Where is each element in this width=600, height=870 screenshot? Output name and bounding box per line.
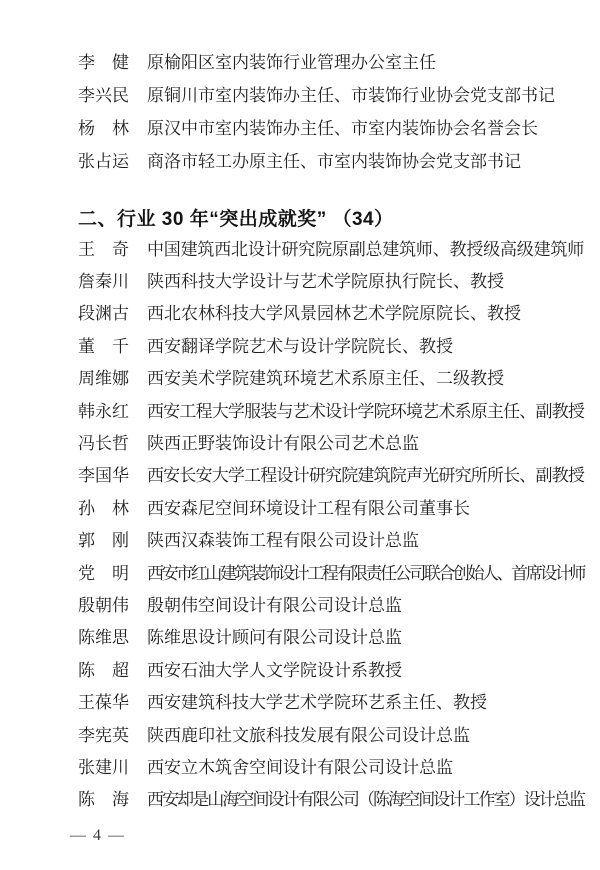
awardee-title: 西安翻译学院艺术与设计学院院长、教授	[147, 332, 453, 357]
awardee-name: 段渊古	[78, 299, 131, 324]
award-entry-row: 李宪英 陕西鹿印社文旅科技发展有限公司设计总监	[78, 717, 590, 749]
award-entry-row: 张建川 西安立木筑舍空间设计有限公司设计总监	[78, 749, 590, 781]
awardee-title: 原铜川市室内装饰办主任、市装饰行业协会党支部书记	[147, 81, 555, 106]
awardee-title: 原汉中市室内装饰办主任、市室内装饰协会名誉会长	[147, 114, 538, 139]
awardee-title: 原榆阳区室内装饰行业管理办公室主任	[147, 48, 436, 73]
award-entry-row: 王 奇 中国建筑西北设计研究院原副总建筑师、教授级高级建筑师	[78, 231, 590, 263]
awardee-name: 李宪英	[78, 721, 131, 746]
awardee-title: 西北农林科技大学风景园林艺术学院原院长、教授	[147, 299, 521, 324]
awardee-title: 商洛市轻工办原主任、市室内装饰协会党支部书记	[147, 147, 521, 172]
awardee-name: 孙 林	[78, 494, 131, 519]
awardee-name: 杨 林	[78, 114, 131, 139]
awardee-title: 中国建筑西北设计研究院原副总建筑师、教授级高级建筑师	[147, 235, 584, 260]
awardee-name: 周维娜	[78, 364, 131, 389]
award-entry-row: 段渊古 西北农林科技大学风景园林艺术学院原院长、教授	[78, 296, 590, 328]
awardee-name: 董 千	[78, 332, 131, 357]
award-entry-row: 詹秦川 陕西科技大学设计与艺术学院原执行院长、教授	[78, 263, 590, 295]
awardee-title: 陕西科技大学设计与艺术学院原执行院长、教授	[147, 267, 504, 292]
awardee-title: 陈维思设计顾问有限公司设计总监	[147, 623, 402, 648]
awardee-title: 西安美术学院建筑环境艺术系原主任、二级教授	[147, 364, 504, 389]
awardee-title: 西安建筑科技大学艺术学院环艺系主任、教授	[147, 688, 487, 713]
awardee-name: 詹秦川	[78, 267, 131, 292]
award-entry-row: 冯长哲 陕西正野装饰设计有限公司艺术总监	[78, 425, 590, 457]
awardee-title: 西安森尼空间环境设计工程有限公司董事长	[147, 494, 470, 519]
document-page: 李 健 原榆阳区室内装饰行业管理办公室主任 李兴民 原铜川市室内装饰办主任、市装…	[0, 0, 600, 870]
award-entry-row: 陈维思 陈维思设计顾问有限公司设计总监	[78, 620, 590, 652]
awardee-name: 王 奇	[78, 235, 131, 260]
awardee-name: 陈 海	[78, 785, 131, 810]
award-entry-row: 殷朝伟 殷朝伟空间设计有限公司设计总监	[78, 587, 590, 619]
awardee-name: 陈维思	[78, 623, 131, 648]
award-entry-row: 孙 林 西安森尼空间环境设计工程有限公司董事长	[78, 490, 590, 522]
award-entry-row: 李兴民 原铜川市室内装饰办主任、市装饰行业协会党支部书记	[78, 77, 590, 110]
awardee-name: 冯长哲	[78, 429, 131, 454]
award-entry-row: 王葆华 西安建筑科技大学艺术学院环艺系主任、教授	[78, 684, 590, 716]
award-entry-row: 董 千 西安翻译学院艺术与设计学院院长、教授	[78, 328, 590, 360]
award-entry-row: 韩永红 西安工程大学服装与艺术设计学院环境艺术系原主任、副教授	[78, 393, 590, 425]
awardee-name: 张占运	[78, 147, 131, 172]
awardee-title: 西安石油大学人文学院设计系教授	[147, 656, 402, 681]
award-entry-row: 杨 林 原汉中市室内装饰办主任、市室内装饰协会名誉会长	[78, 110, 590, 143]
award-entries-list: 王 奇 中国建筑西北设计研究院原副总建筑师、教授级高级建筑师 詹秦川 陕西科技大…	[78, 231, 590, 814]
awardee-title: 西安立木筑舍空间设计有限公司设计总监	[147, 753, 453, 778]
award-entry-row: 郭 刚 陕西汉森装饰工程有限公司设计总监	[78, 523, 590, 555]
award-entry-row: 陈 海 西安却是山海空间设计有限公司（陈海空间设计工作室）设计总监	[78, 782, 590, 814]
awardee-title: 陕西鹿印社文旅科技发展有限公司设计总监	[147, 721, 470, 746]
section-heading: 二、行业 30 年“突出成就奖” （34）	[78, 202, 394, 232]
awardee-name: 郭 刚	[78, 526, 131, 551]
awardee-title: 殷朝伟空间设计有限公司设计总监	[147, 591, 402, 616]
awardee-title: 西安长安大学工程设计研究院建筑院声光研究所所长、副教授	[147, 461, 584, 486]
awardee-title: 陕西正野装饰设计有限公司艺术总监	[147, 429, 419, 454]
awardee-name: 党 明	[78, 559, 131, 584]
awardee-title: 陕西汉森装饰工程有限公司设计总监	[147, 526, 419, 551]
award-entry-row: 李国华 西安长安大学工程设计研究院建筑院声光研究所所长、副教授	[78, 458, 590, 490]
awardee-name: 李兴民	[78, 81, 131, 106]
award-entry-row: 李 健 原榆阳区室内装饰行业管理办公室主任	[78, 44, 590, 77]
awardee-name: 李国华	[78, 461, 131, 486]
award-entry-row: 张占运 商洛市轻工办原主任、市室内装饰协会党支部书记	[78, 143, 590, 176]
award-entry-row: 陈 超 西安石油大学人文学院设计系教授	[78, 652, 590, 684]
award-entry-row: 党 明 西安市红山建筑装饰设计工程有限责任公司联合创始人、首席设计师	[78, 555, 590, 587]
page-number: — 4 —	[70, 827, 126, 845]
awardee-name: 张建川	[78, 753, 131, 778]
awardee-title: 西安市红山建筑装饰设计工程有限责任公司联合创始人、首席设计师	[147, 559, 584, 584]
awardee-name: 殷朝伟	[78, 591, 131, 616]
awardee-name: 韩永红	[78, 397, 131, 422]
award-entry-row: 周维娜 西安美术学院建筑环境艺术系原主任、二级教授	[78, 361, 590, 393]
awardee-name: 李 健	[78, 48, 131, 73]
continued-entries-list: 李 健 原榆阳区室内装饰行业管理办公室主任 李兴民 原铜川市室内装饰办主任、市装…	[78, 44, 590, 176]
awardee-name: 王葆华	[78, 688, 131, 713]
awardee-title: 西安工程大学服装与艺术设计学院环境艺术系原主任、副教授	[147, 397, 584, 422]
awardee-name: 陈 超	[78, 656, 131, 681]
awardee-title: 西安却是山海空间设计有限公司（陈海空间设计工作室）设计总监	[147, 785, 584, 810]
